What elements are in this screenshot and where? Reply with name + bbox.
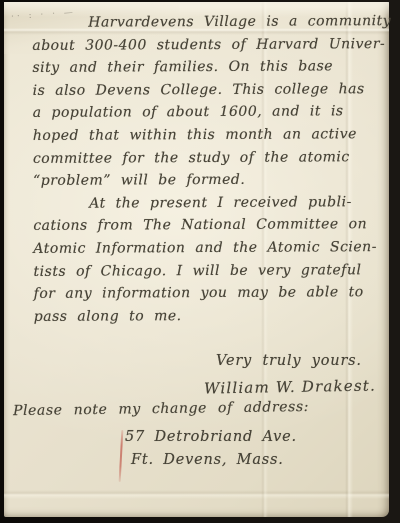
letter-closing: Very truly yours. xyxy=(216,353,362,369)
postscript-note: Please note my change of address: xyxy=(13,399,309,419)
letter-line: for any information you may be able to xyxy=(34,281,377,305)
signature: William W. Drakest. xyxy=(204,377,376,398)
letter-line: is also Devens College. This college has xyxy=(33,78,376,102)
letter-line: pass along to me. xyxy=(34,304,377,328)
letter-body: Harvardevens Village is a community of a… xyxy=(32,10,377,328)
address-line-2: Ft. Devens, Mass. xyxy=(131,452,284,468)
letter-line: cations from The National Committee on xyxy=(33,213,376,237)
letter-line: a population of about 1600, and it is xyxy=(33,100,376,124)
letter-line: sity and their families. On this base xyxy=(32,55,375,79)
letter-line: committee for the study of the atomic xyxy=(33,146,376,170)
letter-line: about 300-400 students of Harvard Univer… xyxy=(32,33,375,57)
letter-line: tists of Chicago. I will be very gratefu… xyxy=(33,259,376,283)
letter-line: “problem” will be formed. xyxy=(33,168,376,192)
red-pencil-mark xyxy=(119,430,124,482)
letter-line: Harvardevens Village is a community of xyxy=(32,10,375,34)
scanned-letter: ·· : · · — Harvardevens Village is a com… xyxy=(0,0,400,523)
letter-paper: ·· : · · — Harvardevens Village is a com… xyxy=(4,2,389,517)
address-line-1: 57 Detrobriand Ave. xyxy=(125,429,297,445)
letter-line: hoped that within this month an active xyxy=(33,123,376,147)
letter-line: At the present I received publi- xyxy=(33,191,376,215)
letter-line: Atomic Information and the Atomic Scien- xyxy=(33,236,376,260)
